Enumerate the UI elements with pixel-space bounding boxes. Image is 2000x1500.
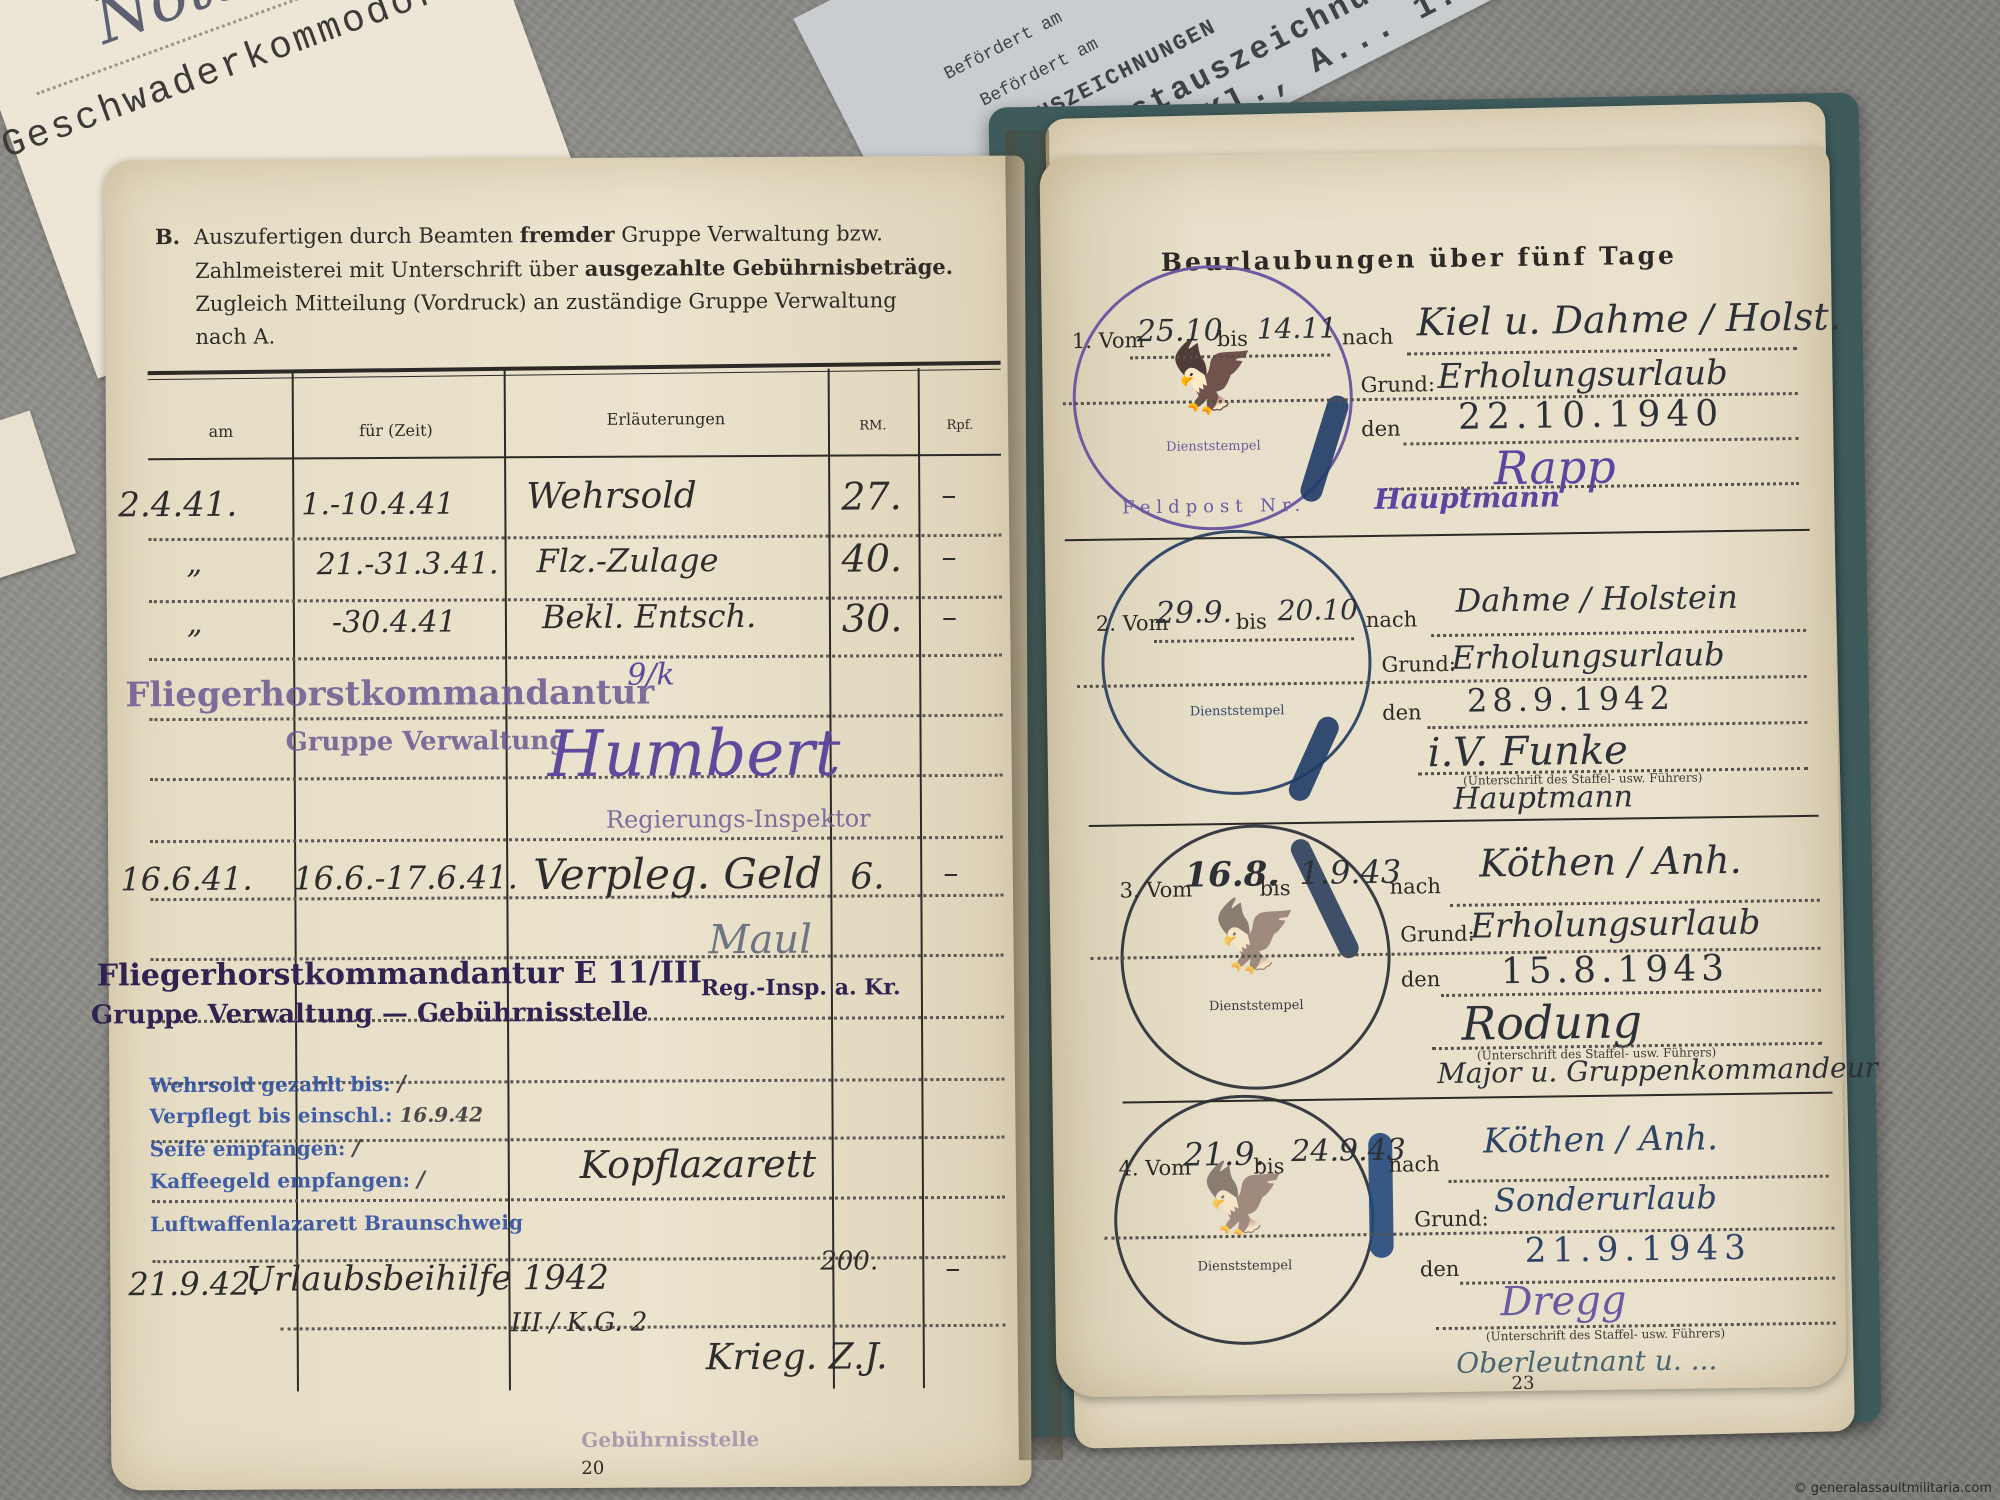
cell-rm: 30. xyxy=(842,596,903,640)
entry-rank: Major u. Gruppenkommandeur xyxy=(1437,1051,1878,1090)
cell-erlaeuterung: Bekl. Entsch. xyxy=(542,597,757,636)
entry-den-value: 15.8.1943 xyxy=(1501,948,1730,992)
instruction-text: Gruppe Verwaltung bzw. xyxy=(615,221,883,246)
cell-rm: 40. xyxy=(842,536,903,580)
cell-rm: 200. xyxy=(820,1246,878,1276)
entry-rank: Hauptmann xyxy=(1453,779,1633,817)
row-line xyxy=(149,654,1002,661)
entry-label-grund: Grund: xyxy=(1414,1206,1489,1231)
header-rm: RM. xyxy=(830,418,916,433)
entry-label-grund: Grund: xyxy=(1400,922,1475,947)
entry-label-den: den xyxy=(1382,700,1422,725)
cell-rpf: – xyxy=(941,478,956,513)
cell-rm: 27. xyxy=(841,474,902,518)
stamp-reg-insp: Reg.-Insp. a. Kr. xyxy=(701,974,901,1001)
cell-erlaeuterung: Flz.-Zulage xyxy=(537,541,719,580)
right-page: Beurlaubungen über fünf Tage 🦅 Dienstste… xyxy=(1039,147,1846,1398)
entry-bis-value: 14.11 xyxy=(1257,311,1338,345)
entry-label-nach: nach xyxy=(1342,325,1394,350)
cell-zeit: 16.6.-17.6.41. xyxy=(293,858,518,897)
cell-rpf: – xyxy=(942,540,957,575)
entry-grund-value: Erholungsurlaub xyxy=(1437,353,1728,397)
left-page: B.Auszufertigen durch Beamten fremder Gr… xyxy=(105,156,1032,1491)
entry-signature: Dregg xyxy=(1500,1277,1627,1325)
entry-grund-value: Erholungsurlaub xyxy=(1451,635,1725,677)
section-label: B. xyxy=(155,224,180,249)
hw-note: Kopflazarett xyxy=(580,1142,817,1187)
entry-label-den: den xyxy=(1420,1257,1460,1282)
instructions-block: B.Auszufertigen durch Beamten fremder Gr… xyxy=(155,216,996,354)
seal-text: Dienststempel xyxy=(1076,437,1350,456)
cell-am: „ xyxy=(187,606,203,641)
cell-am: „ xyxy=(187,546,203,581)
entry-vom-value: 29.9. xyxy=(1156,595,1233,631)
entry-den-value: 21.9.1943 xyxy=(1524,1228,1752,1271)
cell-zeit: -30.4.41 xyxy=(332,605,457,641)
cell-zeit: 1.-10.4.41 xyxy=(301,487,454,523)
signature-caption: (Unterschrift des Staffel- usw. Führers) xyxy=(1486,1326,1725,1343)
entry-label-bis: bis xyxy=(1259,876,1290,900)
header-am: am xyxy=(166,422,276,442)
entry-den-value: 28.9.1942 xyxy=(1467,679,1675,720)
entry-label-nach: nach xyxy=(1389,874,1441,899)
row-line xyxy=(150,836,1003,843)
card-rank-text: Geschwaderkommodore xyxy=(0,0,472,169)
cell-am: 16.6.41. xyxy=(120,860,253,899)
entry-label-vom: 3. Vom xyxy=(1119,878,1192,903)
entry-label-vom: 4. Vom xyxy=(1118,1156,1191,1181)
entry-nach-value: Dahme / Holstein xyxy=(1455,578,1738,620)
entry-vom-value: 25.10 xyxy=(1137,313,1223,349)
entry-nach-value: Kiel u. Dahme / Holst. xyxy=(1416,294,1841,344)
instruction-text: Zahlmeisterei mit Unterschrift über xyxy=(195,257,585,283)
signature-note: Krieg. Z.J. xyxy=(706,1336,888,1378)
entry-den-value: 22.10.1940 xyxy=(1458,393,1725,438)
entry-label-grund: Grund: xyxy=(1360,372,1435,397)
stamp-gebuehrnisstelle: Gruppe Verwaltung — Gebührnisstelle xyxy=(91,998,648,1031)
cell-am: 21.9.42. xyxy=(128,1265,261,1304)
stamp-initials: 9/k xyxy=(627,657,675,692)
entry-label-bis: bis xyxy=(1253,1154,1284,1178)
cell-rpf: – xyxy=(942,600,957,635)
cell-erlaeuterung: Wehrsold xyxy=(526,475,697,517)
entry-rank: Hauptmann xyxy=(1374,480,1560,516)
blue-stamp-line: Verpflegt bis einschl.: 16.9.42 xyxy=(149,1102,483,1128)
blue-stamp-line: Seife empfangen: / xyxy=(150,1135,361,1162)
header-erlaeuterungen: Erläuterungen xyxy=(506,409,826,430)
blue-stamp-line: Wehrsold gezahlt bis: / xyxy=(149,1071,406,1098)
entry-grund-value: Sonderurlaub xyxy=(1494,1178,1717,1219)
seal-stamp-4: 🦅 Dienststempel xyxy=(1113,1093,1376,1347)
entry-label-den: den xyxy=(1401,967,1441,992)
header-rpf: Rpf. xyxy=(920,418,1000,433)
stamp-faded: Gebührnisstelle xyxy=(581,1427,759,1452)
entry-nach-value: Köthen / Anh. xyxy=(1483,1118,1718,1161)
cell-rpf: – xyxy=(945,1251,960,1286)
signature-inspector: Humbert xyxy=(547,717,840,793)
instruction-text: Zugleich Mitteilung (Vordruck) an zustän… xyxy=(155,284,995,321)
blue-stamp-line: Luftwaffenlazarett Braunschweig xyxy=(150,1210,523,1236)
watermark: © generalassaultmilitaria.com xyxy=(1794,1481,1992,1496)
header-rule xyxy=(148,454,1001,460)
instruction-bold: ausgezahlte Gebührnisbeträge. xyxy=(585,254,953,281)
blue-stamp-line: Kaffeegeld empfangen: / xyxy=(150,1167,425,1194)
column-divider xyxy=(828,369,835,1389)
cell-zeit: Urlaubsbeihilfe 1942 xyxy=(245,1258,609,1300)
entry-label-nach: nach xyxy=(1388,1152,1440,1177)
entry-bis-value: 20.10 xyxy=(1278,593,1359,627)
stamp-fliegerhorst: Fliegerhorstkommandantur xyxy=(125,673,654,716)
instruction-text: Auszufertigen durch Beamten xyxy=(194,223,520,249)
row-line xyxy=(152,1196,1005,1203)
entry-signature-scribble: Rodung xyxy=(1461,994,1642,1051)
header-zeit: für (Zeit) xyxy=(296,420,496,440)
stamp-regierungs-inspektor: Regierungs-Inspektor xyxy=(606,804,871,833)
instruction-text: nach A. xyxy=(155,317,995,354)
page-number: 23 xyxy=(1511,1373,1534,1394)
cell-rpf: – xyxy=(943,856,958,891)
cell-erlaeuterung: Verpleg. Geld xyxy=(533,849,822,900)
page-number: 20 xyxy=(581,1458,604,1479)
entry-divider xyxy=(1065,529,1810,541)
entry-rank: Oberleutnant u. ... xyxy=(1456,1343,1718,1380)
cell-am: 2.4.41. xyxy=(118,485,237,526)
stamp-fliegerhorst-e11: Fliegerhorstkommandantur E 11/III xyxy=(97,955,702,993)
signature-gray: Maul xyxy=(708,917,812,964)
eagle-icon: 🦅 xyxy=(1211,894,1299,978)
entry-label-bis: bis xyxy=(1217,327,1248,351)
seal-text: Dienststempel xyxy=(1118,1257,1372,1276)
stamp-gruppe-verwaltung: Gruppe Verwaltung xyxy=(285,726,567,757)
seal-text: Dienststempel xyxy=(1124,997,1388,1016)
entry-label-grund: Grund: xyxy=(1381,652,1456,677)
entry-nach-value: Köthen / Anh. xyxy=(1479,838,1742,886)
entry-bis-value: 1.9.43 xyxy=(1299,853,1401,892)
seal-stamp-2: Dienststempel xyxy=(1100,528,1374,797)
entry-label-den: den xyxy=(1361,417,1401,442)
entry-label-bis: bis xyxy=(1236,609,1267,633)
entry-label-nach: nach xyxy=(1366,607,1418,632)
instruction-bold: fremder xyxy=(520,222,615,247)
entry-grund-value: Erholungsurlaub xyxy=(1470,903,1761,947)
cell-zeit: 21.-31.3.41. xyxy=(317,546,499,582)
entry-label-vom: 1. Vom xyxy=(1072,328,1145,353)
column-divider xyxy=(918,368,925,1388)
unit-note: III / K.G. 2 xyxy=(511,1308,648,1339)
cell-rm: 6. xyxy=(850,856,885,897)
